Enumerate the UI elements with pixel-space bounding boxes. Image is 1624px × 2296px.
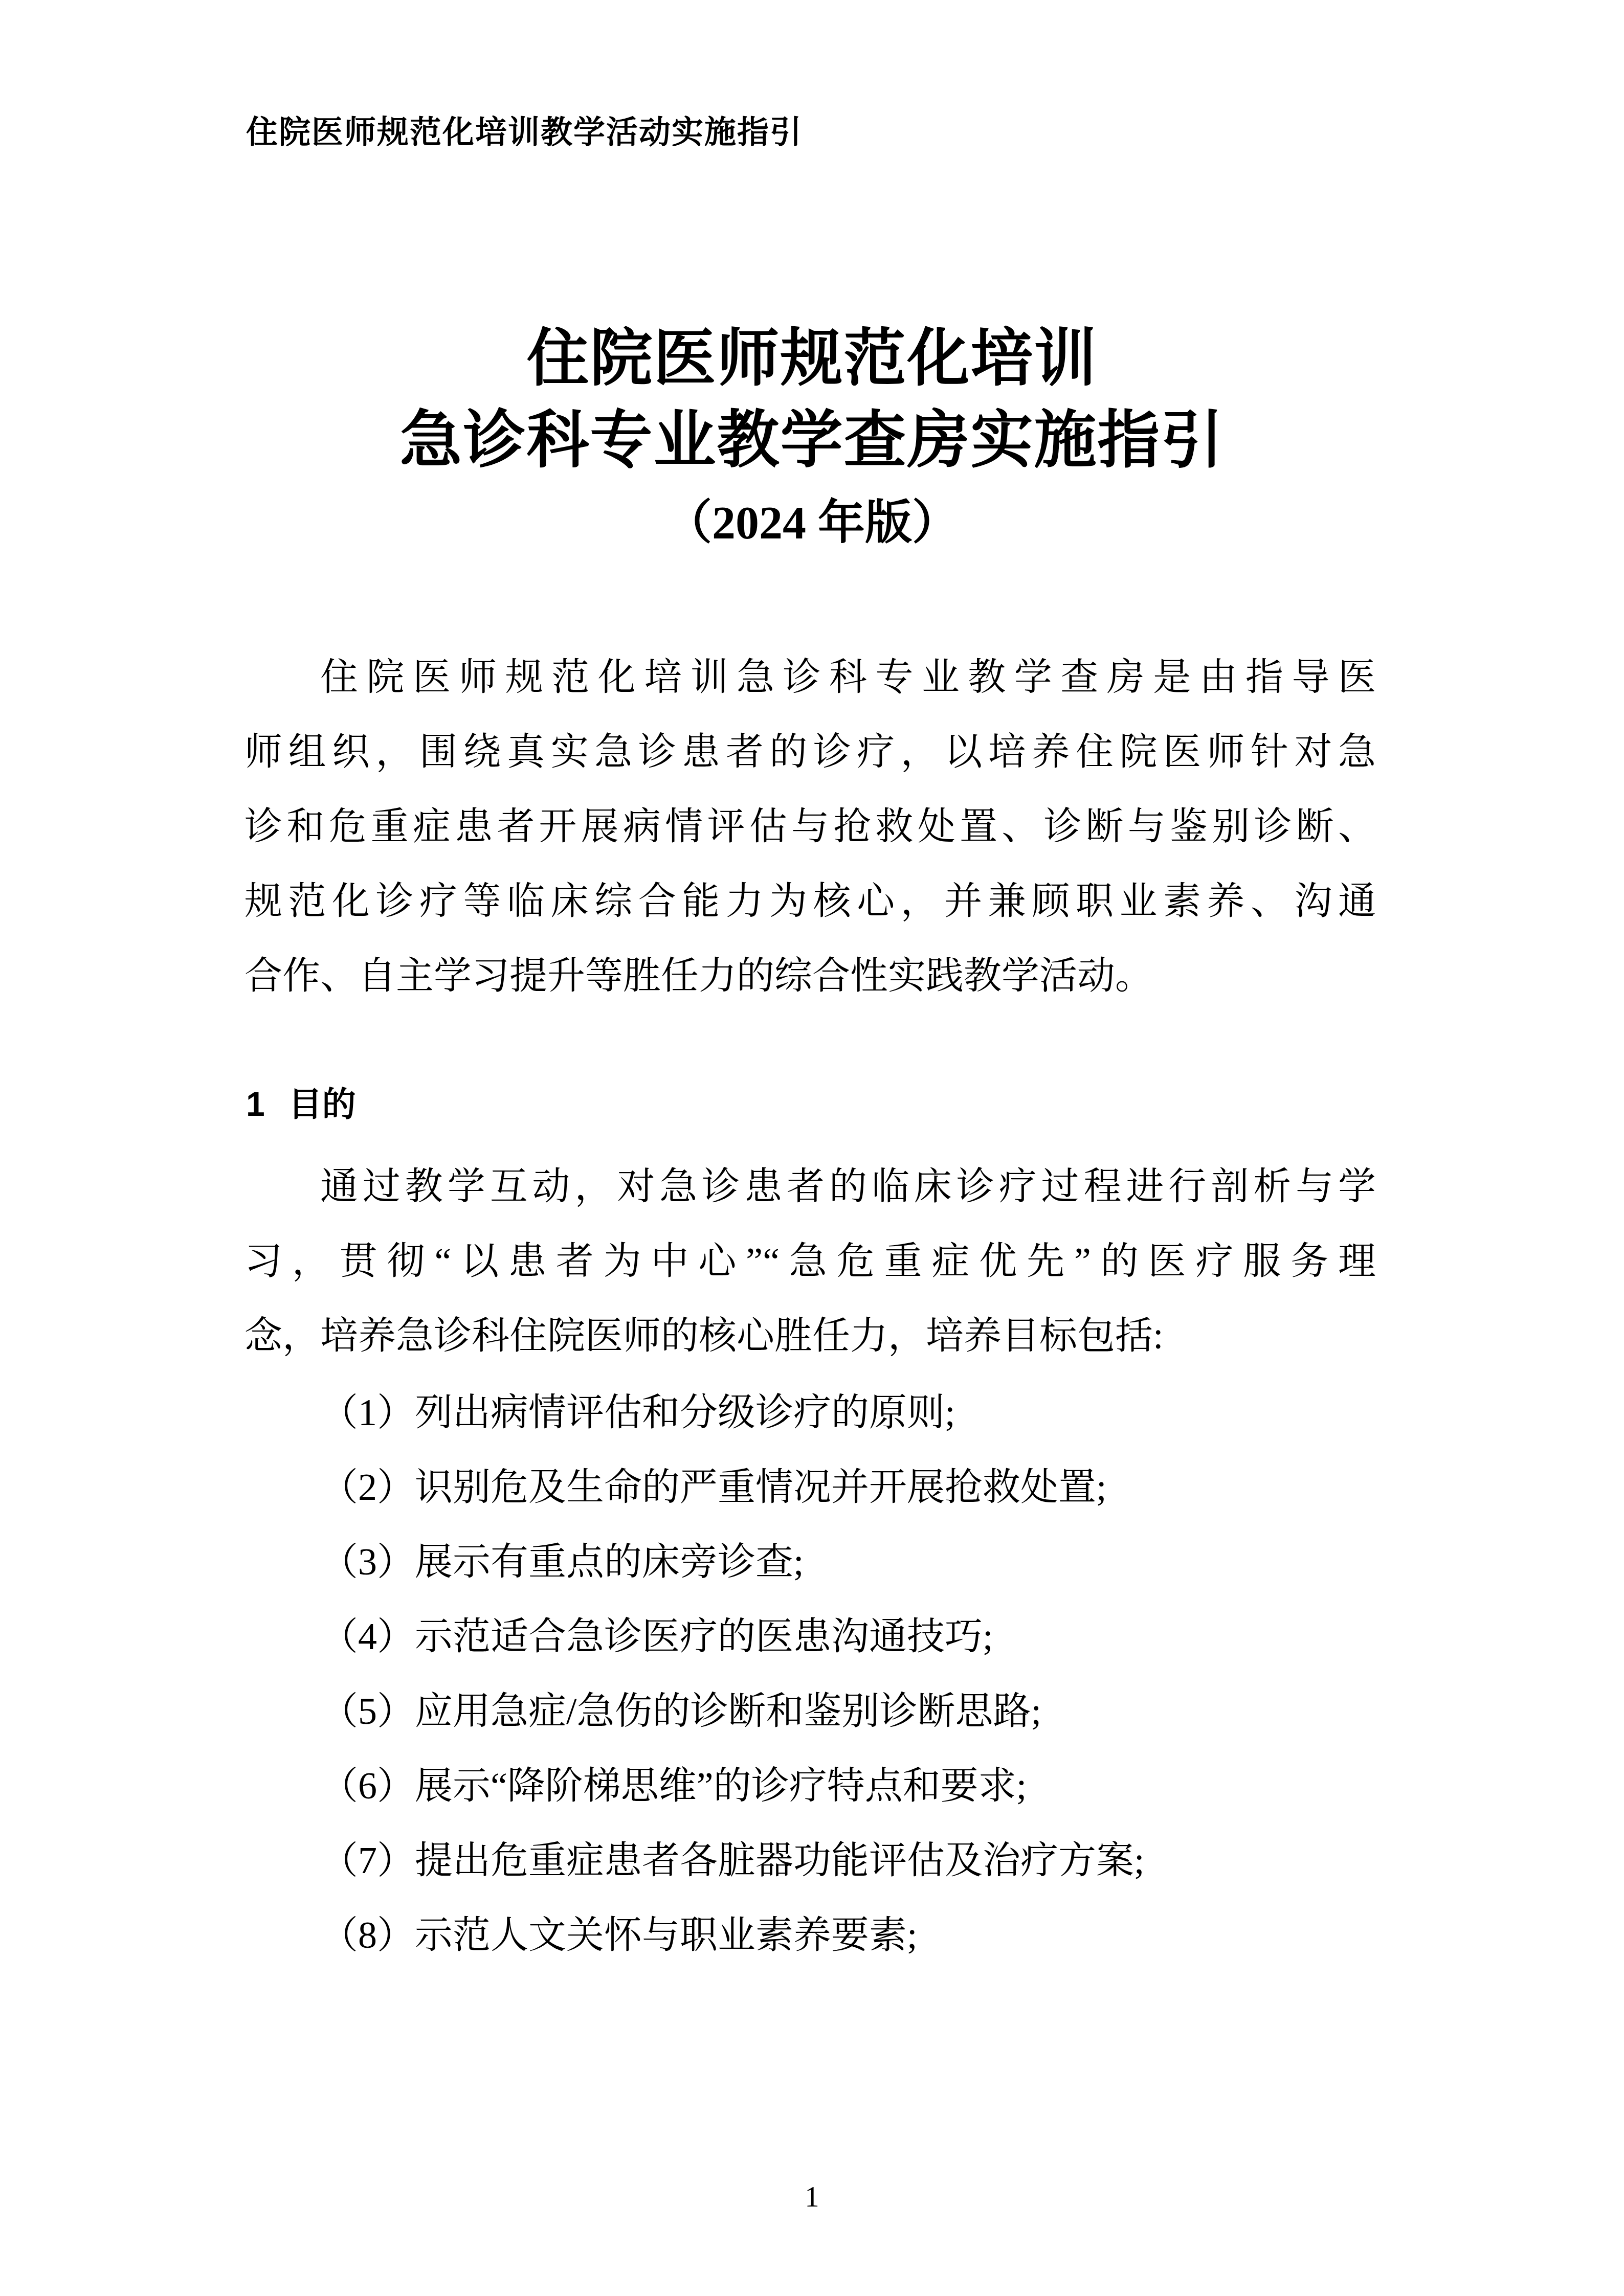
objective-item: （2）识别危及生命的严重情况并开展抢救处置; (244, 1450, 1376, 1525)
objective-item: （6）展示“降阶梯思维”的诊疗特点和要求; (244, 1749, 1376, 1824)
running-header: 住院医师规范化培训教学活动实施指引 (246, 114, 803, 152)
objective-item: （5）应用急症/急伤的诊断和鉴别诊断思路; (244, 1674, 1376, 1749)
intro-line: 师组织，围绕真实急诊患者的诊疗，以培养住院医师针对急 (244, 715, 1376, 790)
objective-item: （7）提出危重症患者各脏器功能评估及治疗方案; (244, 1824, 1376, 1898)
doc-title-line-2: 急诊科专业教学查房实施指引 (0, 399, 1624, 481)
objective-item: （4）示范适合急诊医疗的医患沟通技巧; (244, 1600, 1376, 1674)
purpose-line: 念，培养急诊科住院医师的核心胜任力，培养目标包括: (244, 1299, 1376, 1374)
doc-title-edition: （2024 年版） (0, 481, 1624, 556)
objective-item: （1）列出病情评估和分级诊疗的原则; (244, 1376, 1376, 1450)
page-number: 1 (0, 2179, 1624, 2215)
purpose-line: 通过教学互动，对急诊患者的临床诊疗过程进行剖析与学 (244, 1150, 1376, 1224)
objective-item: （8）示范人文关怀与职业素养要素; (244, 1898, 1376, 1973)
intro-line: 住院医师规范化培训急诊科专业教学查房是由指导医 (244, 640, 1376, 715)
section-1-heading: 1目的 (246, 1067, 356, 1141)
section-1-title: 目的 (288, 1085, 356, 1123)
section-1-number: 1 (246, 1085, 265, 1123)
purpose-paragraph: 通过教学互动，对急诊患者的临床诊疗过程进行剖析与学 习，贯彻“以患者为中心”“急… (244, 1150, 1376, 1374)
intro-paragraph: 住院医师规范化培训急诊科专业教学查房是由指导医 师组织，围绕真实急诊患者的诊疗，… (244, 640, 1376, 1014)
purpose-line: 习，贯彻“以患者为中心”“急危重症优先”的医疗服务理 (244, 1224, 1376, 1299)
title-block: 住院医师规范化培训 急诊科专业教学查房实施指引 （2024 年版） (0, 317, 1624, 556)
intro-line: 合作、自主学习提升等胜任力的综合性实践教学活动。 (244, 939, 1376, 1014)
doc-title-line-1: 住院医师规范化培训 (0, 317, 1624, 399)
objective-item: （3）展示有重点的床旁诊查; (244, 1525, 1376, 1600)
intro-line: 诊和危重症患者开展病情评估与抢救处置、诊断与鉴别诊断、 (244, 790, 1376, 864)
document-page: 住院医师规范化培训教学活动实施指引 住院医师规范化培训 急诊科专业教学查房实施指… (0, 0, 1624, 2296)
objectives-list: （1）列出病情评估和分级诊疗的原则; （2）识别危及生命的严重情况并开展抢救处置… (244, 1376, 1376, 1973)
intro-line: 规范化诊疗等临床综合能力为核心，并兼顾职业素养、沟通 (244, 864, 1376, 939)
